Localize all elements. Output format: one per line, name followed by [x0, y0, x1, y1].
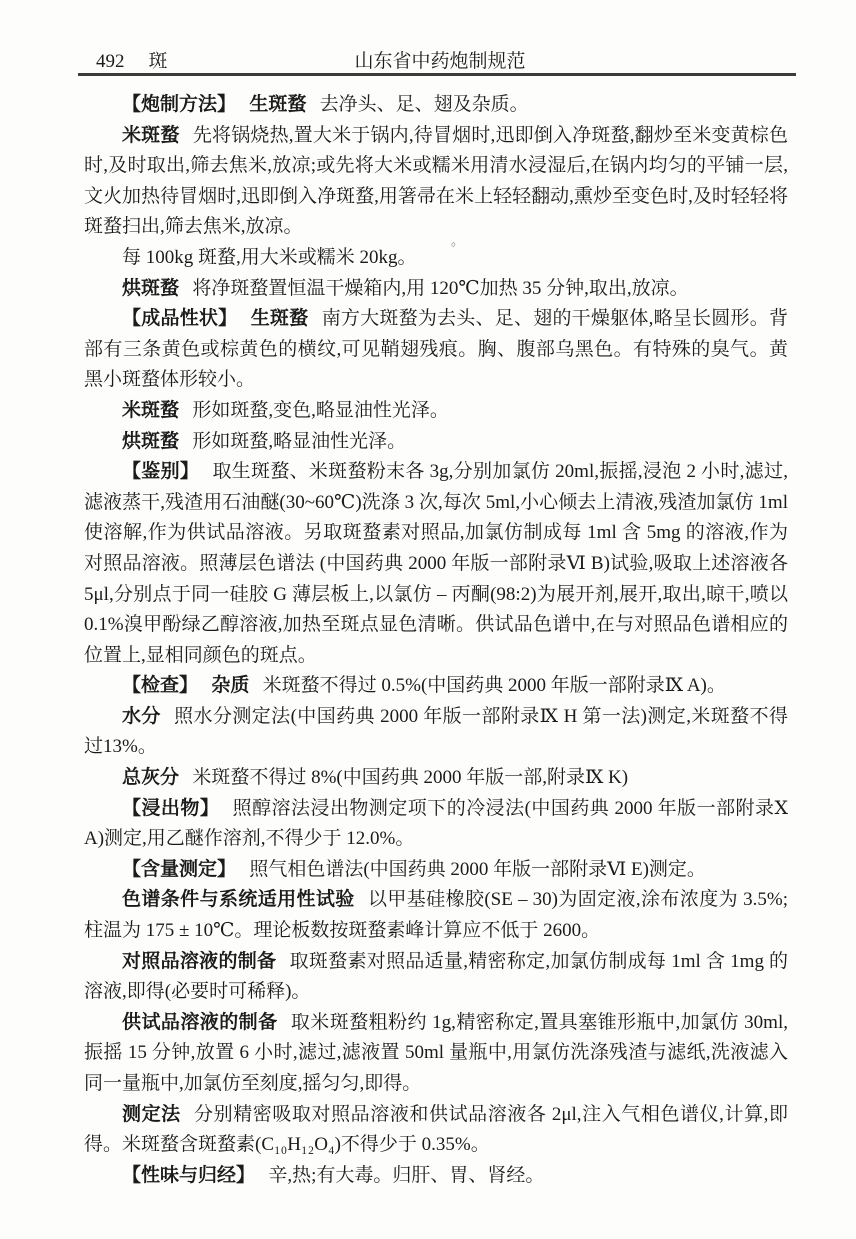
body-text: 辛,热;有大毒。归肝、胃、肾经。 — [268, 1165, 544, 1186]
paragraph: 【成品性状】生斑蝥南方大斑蝥为去头、足、翅的干燥躯体,略呈长圆形。背部有三条黄色… — [84, 304, 788, 396]
paragraph: 供试品溶液的制备取米斑蝥粗粉约 1g,精密称定,置具塞锥形瓶中,加氯仿 30ml… — [84, 1008, 788, 1100]
term-label: 【浸出物】 — [122, 798, 219, 819]
term-label: 米斑蝥 — [122, 125, 180, 146]
paragraph: 米斑蝥先将锅烧热,置大米于锅内,待冒烟时,迅即倒入净斑蝥,翻炒至米变黄棕色时,及… — [84, 121, 788, 243]
page-header: 492斑 山东省中药炮制规范 — [84, 46, 796, 72]
paragraph: 烘斑蝥形如斑蝥,略显油性光泽。 — [84, 427, 788, 458]
body-text: 形如斑蝥,变色,略显油性光泽。 — [192, 400, 449, 421]
term-label: 【检查】 — [122, 675, 198, 696]
term-label: 烘斑蝥 — [122, 278, 179, 299]
paragraph: 【炮制方法】生斑蝥去净头、足、翅及杂质。 — [84, 90, 788, 121]
body-text: 照水分测定法(中国药典 2000 年版一部附录Ⅸ H 第一法)测定,米斑蝥不得过… — [84, 706, 788, 758]
body-text: 米斑蝥不得过 0.5%(中国药典 2000 年版一部附录Ⅸ A)。 — [263, 675, 726, 696]
body-text: 取生斑蝥、米斑蝥粉末各 3g,分别加氯仿 20ml,振摇,浸泡 2 小时,滤过,… — [84, 461, 793, 666]
term-label: 色谱条件与系统适用性试验 — [122, 889, 355, 910]
paragraph: 【鉴别】取生斑蝥、米斑蝥粉末各 3g,分别加氯仿 20ml,振摇,浸泡 2 小时… — [84, 457, 788, 671]
paragraph: 每 100kg 斑蝥,用大米或糯米 20kg。 — [84, 243, 788, 274]
term-label: 【成品性状】 — [122, 308, 237, 329]
body-text: 照气相色谱法(中国药典 2000 年版一部附录Ⅵ E)测定。 — [249, 859, 706, 880]
header-rule — [78, 73, 796, 76]
term-label: 【鉴别】 — [122, 461, 199, 482]
term-label: 米斑蝥 — [122, 400, 179, 421]
paragraph: 烘斑蝥将净斑蝥置恒温干燥箱内,用 120℃加热 35 分钟,取出,放凉。 — [84, 274, 788, 305]
paragraph: 对照品溶液的制备取斑蝥素对照品适量,精密称定,加氯仿制成每 1ml 含 1mg … — [84, 947, 788, 1008]
term-label: 烘斑蝥 — [122, 431, 179, 452]
term-label: 对照品溶液的制备 — [122, 951, 276, 972]
body-text: 去净头、足、翅及杂质。 — [320, 94, 529, 115]
term-label: 生斑蝥 — [249, 94, 306, 115]
body-text: 先将锅烧热,置大米于锅内,待冒烟时,迅即倒入净斑蝥,翻炒至米变黄棕色时,及时取出… — [84, 125, 788, 238]
document-body: 【炮制方法】生斑蝥去净头、足、翅及杂质。米斑蝥先将锅烧热,置大米于锅内,待冒烟时… — [84, 90, 788, 1191]
paragraph: 色谱条件与系统适用性试验以甲基硅橡胶(SE – 30)为固定液,涂布浓度为 3.… — [84, 885, 788, 946]
body-text: 米斑蝥不得过 8%(中国药典 2000 年版一部,附录Ⅸ K) — [192, 767, 628, 788]
term-label: 测定法 — [122, 1104, 181, 1125]
paragraph: 【含量测定】照气相色谱法(中国药典 2000 年版一部附录Ⅵ E)测定。 — [84, 855, 788, 886]
book-title: 山东省中药炮制规范 — [84, 46, 796, 73]
term-label: 【含量测定】 — [122, 859, 236, 880]
paragraph: 水分照水分测定法(中国药典 2000 年版一部附录Ⅸ H 第一法)测定,米斑蝥不… — [84, 702, 788, 763]
paragraph: 【浸出物】照醇溶法浸出物测定项下的冷浸法(中国药典 2000 年版一部附录Ⅹ A… — [84, 794, 788, 855]
term-label: 【炮制方法】 — [122, 94, 236, 115]
body-text: 每 100kg 斑蝥,用大米或糯米 20kg。 — [122, 247, 417, 268]
paragraph: 测定法分别精密吸取对照品溶液和供试品溶液各 2μl,注入气相色谱仪,计算,即得。… — [84, 1100, 788, 1161]
paragraph: 总灰分米斑蝥不得过 8%(中国药典 2000 年版一部,附录Ⅸ K) — [84, 763, 788, 794]
term-label: 供试品溶液的制备 — [122, 1012, 278, 1033]
term-label: 生斑蝥 — [251, 308, 309, 329]
term-label: 水分 — [122, 706, 161, 727]
scanned-document-page: 492斑 山东省中药炮制规范 【炮制方法】生斑蝥去净头、足、翅及杂质。米斑蝥先将… — [0, 0, 856, 1239]
body-text: 形如斑蝥,略显油性光泽。 — [192, 431, 406, 452]
body-text: 将净斑蝥置恒温干燥箱内,用 120℃加热 35 分钟,取出,放凉。 — [192, 278, 688, 299]
scan-speck: 。 — [451, 230, 464, 249]
body-text: 分别精密吸取对照品溶液和供试品溶液各 2μl,注入气相色谱仪,计算,即得。米斑蝥… — [84, 1104, 788, 1156]
paragraph: 【检查】杂质米斑蝥不得过 0.5%(中国药典 2000 年版一部附录Ⅸ A)。 — [84, 671, 788, 702]
term-label: 总灰分 — [122, 767, 179, 788]
term-label: 【性味与归经】 — [122, 1165, 255, 1186]
term-label: 杂质 — [211, 675, 249, 696]
paragraph: 米斑蝥形如斑蝥,变色,略显油性光泽。 — [84, 396, 788, 427]
paragraph: 【性味与归经】辛,热;有大毒。归肝、胃、肾经。 — [84, 1161, 788, 1192]
